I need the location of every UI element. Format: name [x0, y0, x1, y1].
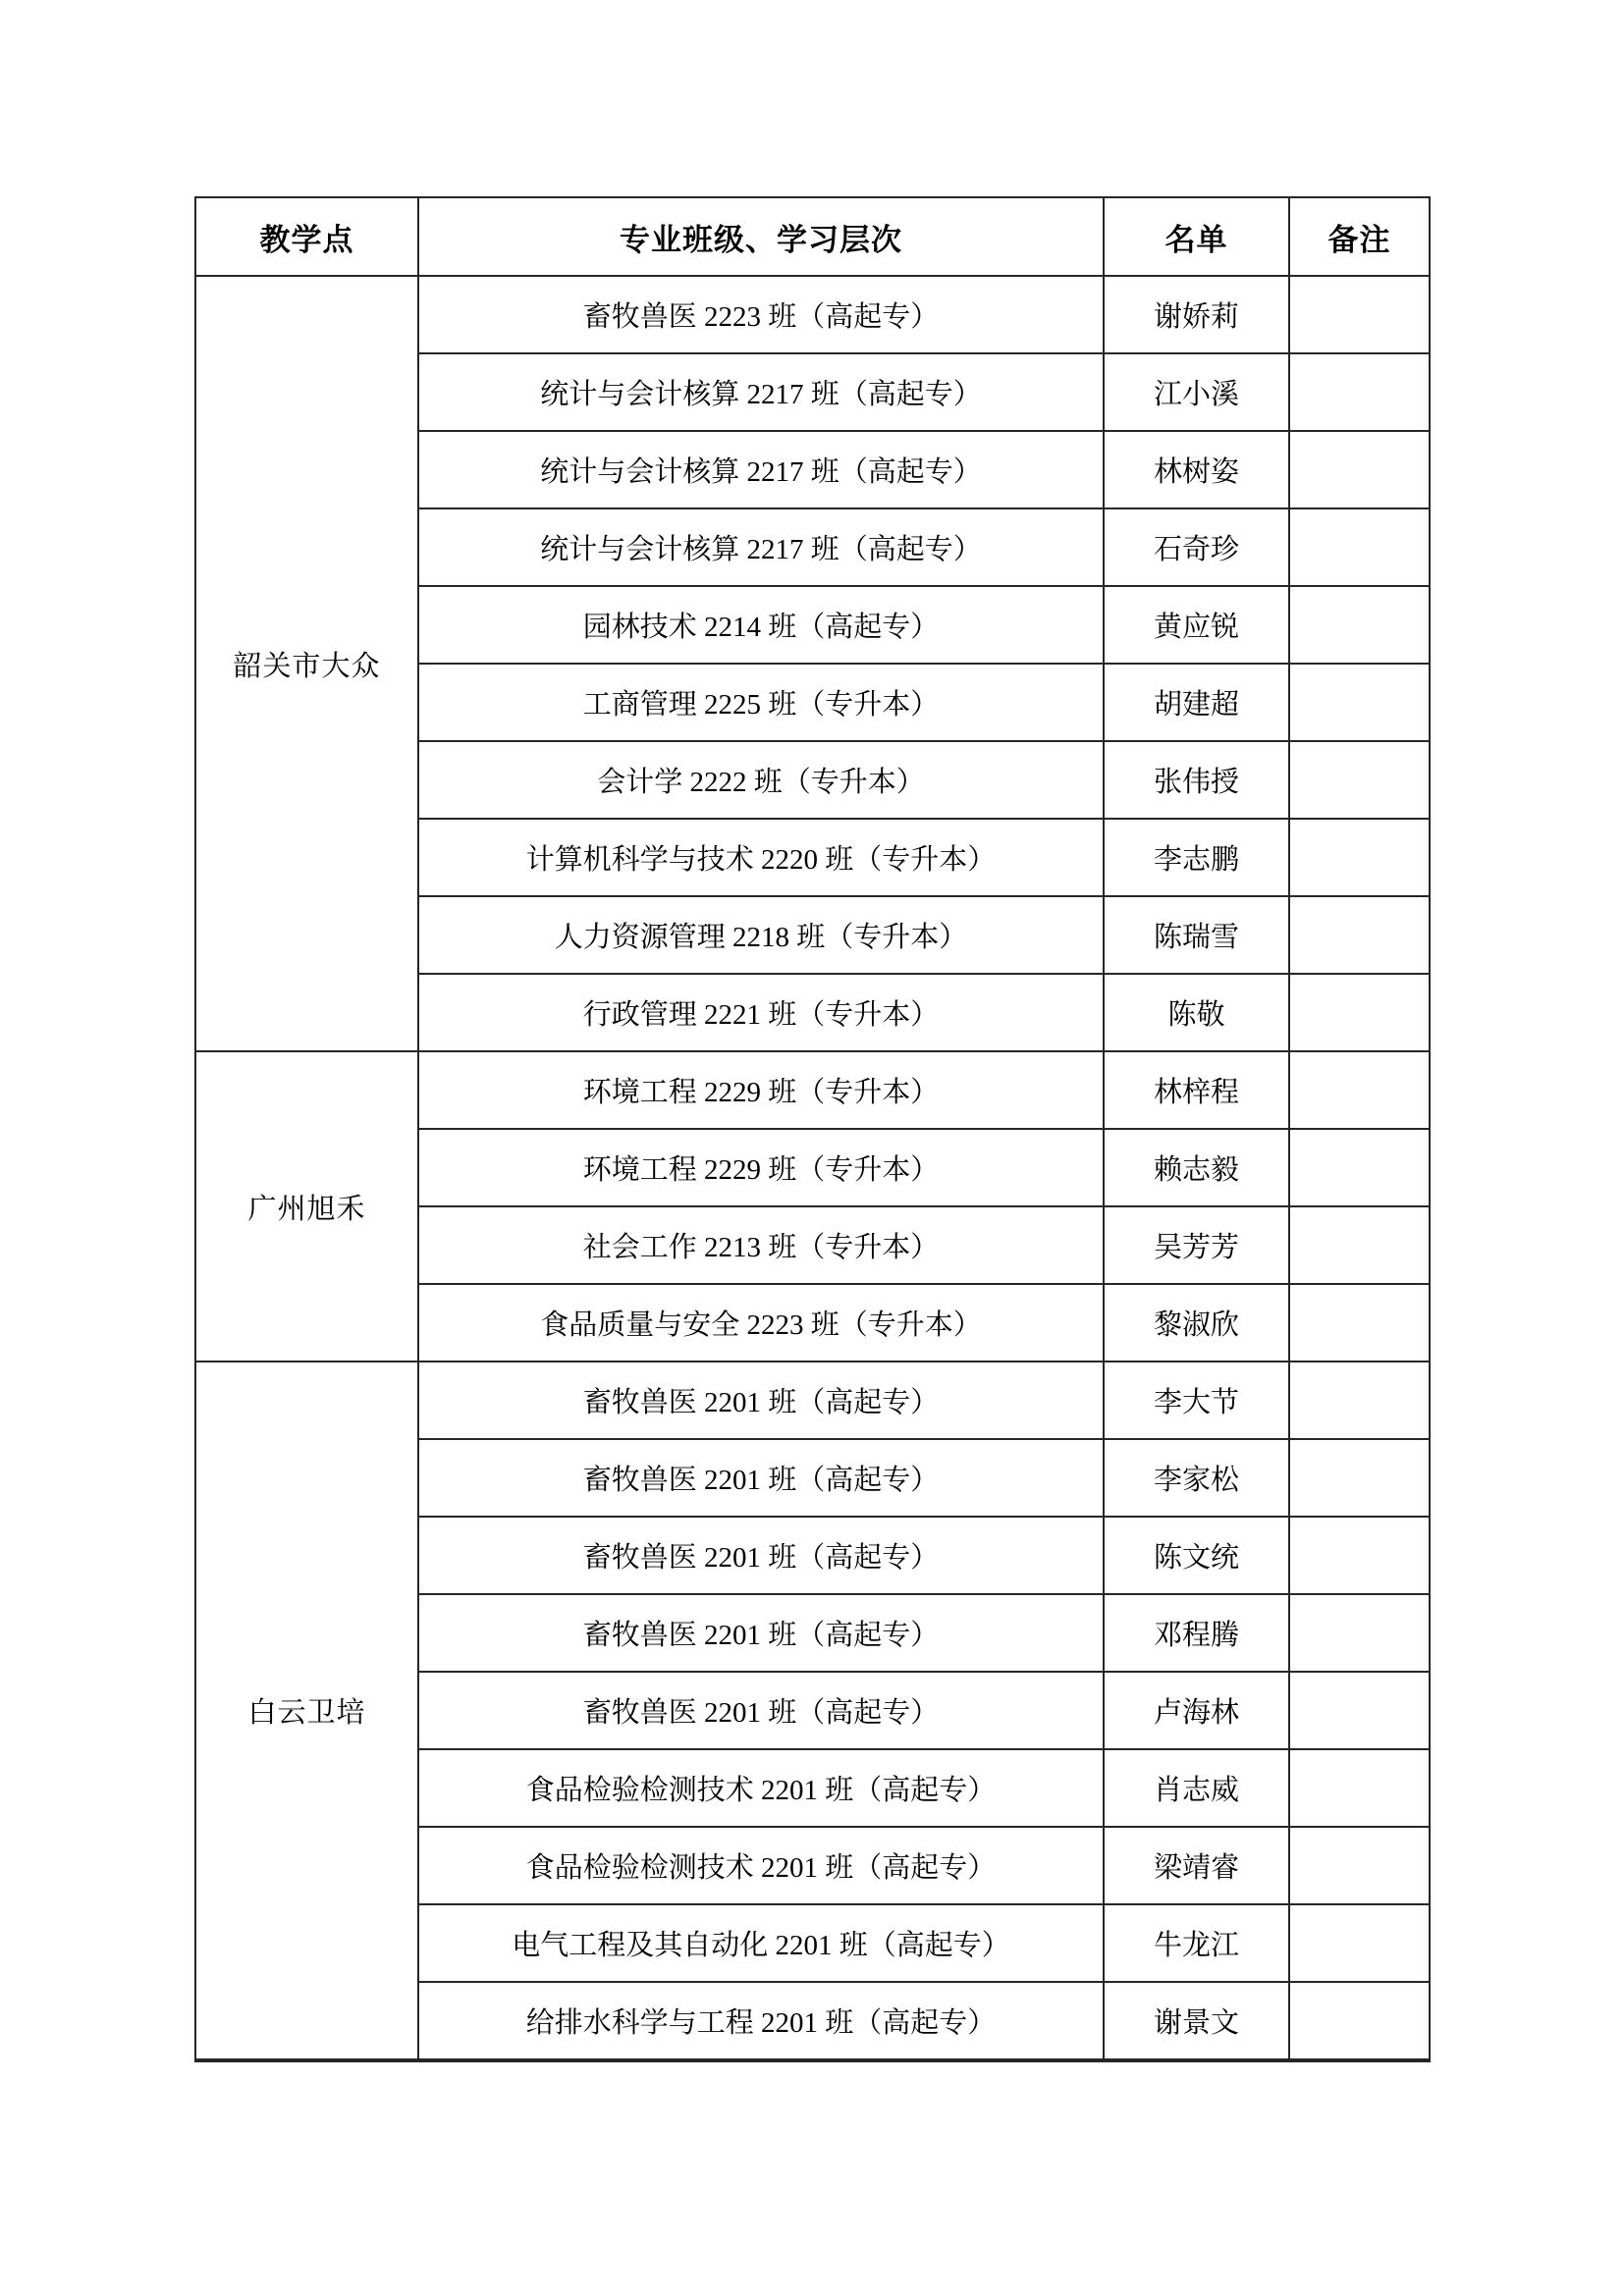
- note-cell: [1289, 1904, 1430, 1982]
- page-background: 教学点 专业班级、学习层次 名单 备注 韶关市大众畜牧兽医 2223 班（高起专…: [0, 0, 1624, 2296]
- name-cell: 卢海林: [1104, 1672, 1289, 1749]
- note-cell: [1289, 1362, 1430, 1439]
- name-cell: 林树姿: [1104, 431, 1289, 508]
- class-cell: 畜牧兽医 2201 班（高起专）: [418, 1594, 1104, 1672]
- document-page: { "table": { "columns": ["教学点", "专业班级、学习…: [0, 0, 1624, 2296]
- class-cell: 畜牧兽医 2201 班（高起专）: [418, 1517, 1104, 1594]
- class-cell: 统计与会计核算 2217 班（高起专）: [418, 431, 1104, 508]
- class-cell: 食品检验检测技术 2201 班（高起专）: [418, 1827, 1104, 1904]
- note-cell: [1289, 431, 1430, 508]
- name-cell: 梁靖睿: [1104, 1827, 1289, 1904]
- name-cell: 林梓程: [1104, 1051, 1289, 1129]
- note-cell: [1289, 1439, 1430, 1517]
- class-cell: 社会工作 2213 班（专升本）: [418, 1206, 1104, 1284]
- column-header-site: 教学点: [195, 197, 418, 276]
- name-cell: 谢景文: [1104, 1982, 1289, 2060]
- class-cell: 统计与会计核算 2217 班（高起专）: [418, 353, 1104, 431]
- column-header-note: 备注: [1289, 197, 1430, 276]
- table-row: 韶关市大众畜牧兽医 2223 班（高起专）谢娇莉: [195, 276, 1430, 353]
- class-cell: 园林技术 2214 班（高起专）: [418, 586, 1104, 664]
- name-cell: 李志鹏: [1104, 819, 1289, 896]
- site-cell: 广州旭禾: [195, 1051, 418, 1362]
- class-cell: 统计与会计核算 2217 班（高起专）: [418, 508, 1104, 586]
- name-cell: 陈瑞雪: [1104, 896, 1289, 974]
- class-cell: 环境工程 2229 班（专升本）: [418, 1129, 1104, 1206]
- class-cell: 食品检验检测技术 2201 班（高起专）: [418, 1749, 1104, 1827]
- note-cell: [1289, 741, 1430, 819]
- class-cell: 人力资源管理 2218 班（专升本）: [418, 896, 1104, 974]
- note-cell: [1289, 1594, 1430, 1672]
- note-cell: [1289, 276, 1430, 353]
- name-cell: 张伟授: [1104, 741, 1289, 819]
- note-cell: [1289, 353, 1430, 431]
- roster-table-header: 教学点 专业班级、学习层次 名单 备注: [195, 197, 1430, 276]
- name-cell: 陈敬: [1104, 974, 1289, 1051]
- note-cell: [1289, 819, 1430, 896]
- name-cell: 江小溪: [1104, 353, 1289, 431]
- note-cell: [1289, 664, 1430, 741]
- note-cell: [1289, 974, 1430, 1051]
- name-cell: 吴芳芳: [1104, 1206, 1289, 1284]
- class-cell: 行政管理 2221 班（专升本）: [418, 974, 1104, 1051]
- class-cell: 食品质量与安全 2223 班（专升本）: [418, 1284, 1104, 1362]
- note-cell: [1289, 1982, 1430, 2060]
- name-cell: 邓程腾: [1104, 1594, 1289, 1672]
- class-cell: 环境工程 2229 班（专升本）: [418, 1051, 1104, 1129]
- note-cell: [1289, 1206, 1430, 1284]
- name-cell: 胡建超: [1104, 664, 1289, 741]
- class-cell: 会计学 2222 班（专升本）: [418, 741, 1104, 819]
- class-cell: 畜牧兽医 2223 班（高起专）: [418, 276, 1104, 353]
- name-cell: 李大节: [1104, 1362, 1289, 1439]
- name-cell: 牛龙江: [1104, 1904, 1289, 1982]
- name-cell: 黄应锐: [1104, 586, 1289, 664]
- name-cell: 肖志威: [1104, 1749, 1289, 1827]
- name-cell: 黎淑欣: [1104, 1284, 1289, 1362]
- column-header-name: 名单: [1104, 197, 1289, 276]
- class-cell: 电气工程及其自动化 2201 班（高起专）: [418, 1904, 1104, 1982]
- name-cell: 赖志毅: [1104, 1129, 1289, 1206]
- note-cell: [1289, 1827, 1430, 1904]
- name-cell: 陈文统: [1104, 1517, 1289, 1594]
- class-cell: 给排水科学与工程 2201 班（高起专）: [418, 1982, 1104, 2060]
- roster-table-body: 韶关市大众畜牧兽医 2223 班（高起专）谢娇莉统计与会计核算 2217 班（高…: [195, 276, 1430, 2060]
- note-cell: [1289, 1749, 1430, 1827]
- note-cell: [1289, 1129, 1430, 1206]
- name-cell: 石奇珍: [1104, 508, 1289, 586]
- table-row: 白云卫培畜牧兽医 2201 班（高起专）李大节: [195, 1362, 1430, 1439]
- column-header-class: 专业班级、学习层次: [418, 197, 1104, 276]
- class-cell: 计算机科学与技术 2220 班（专升本）: [418, 819, 1104, 896]
- class-cell: 畜牧兽医 2201 班（高起专）: [418, 1672, 1104, 1749]
- note-cell: [1289, 1672, 1430, 1749]
- note-cell: [1289, 1284, 1430, 1362]
- name-cell: 谢娇莉: [1104, 276, 1289, 353]
- class-cell: 畜牧兽医 2201 班（高起专）: [418, 1362, 1104, 1439]
- class-cell: 畜牧兽医 2201 班（高起专）: [418, 1439, 1104, 1517]
- roster-table: 教学点 专业班级、学习层次 名单 备注 韶关市大众畜牧兽医 2223 班（高起专…: [194, 196, 1431, 2062]
- header-row: 教学点 专业班级、学习层次 名单 备注: [195, 197, 1430, 276]
- site-cell: 韶关市大众: [195, 276, 418, 1051]
- note-cell: [1289, 508, 1430, 586]
- note-cell: [1289, 1517, 1430, 1594]
- note-cell: [1289, 586, 1430, 664]
- name-cell: 李家松: [1104, 1439, 1289, 1517]
- table-row: 广州旭禾环境工程 2229 班（专升本）林梓程: [195, 1051, 1430, 1129]
- note-cell: [1289, 1051, 1430, 1129]
- site-cell: 白云卫培: [195, 1362, 418, 2060]
- note-cell: [1289, 896, 1430, 974]
- class-cell: 工商管理 2225 班（专升本）: [418, 664, 1104, 741]
